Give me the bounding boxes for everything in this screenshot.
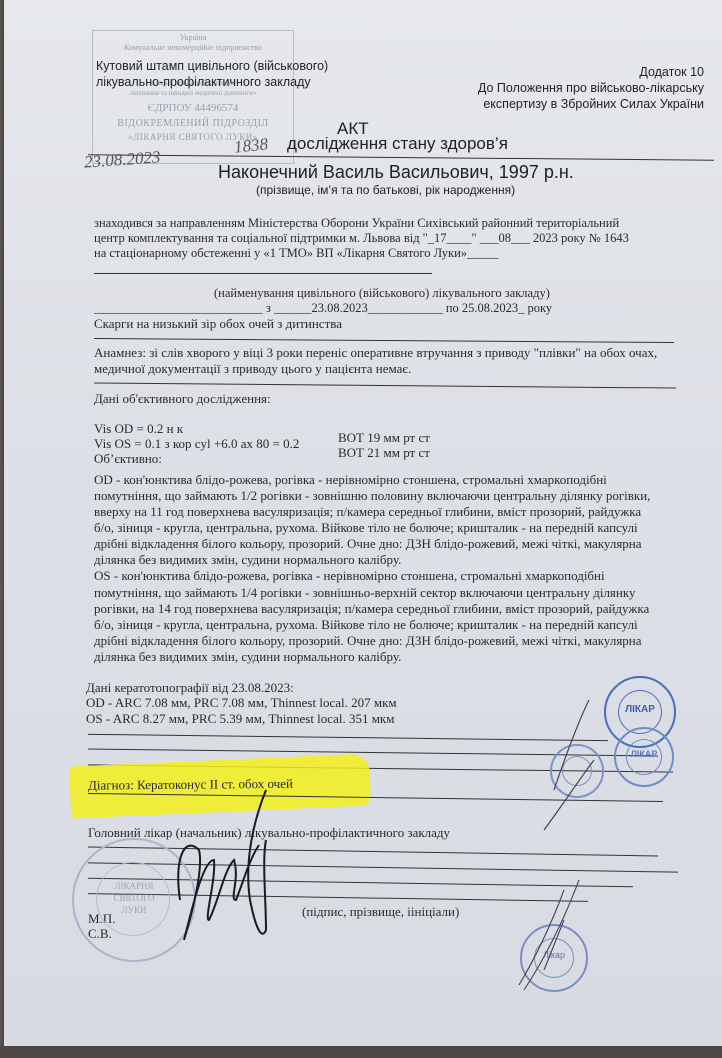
document-page: Україна Комунальне некомерційне підприєм… bbox=[4, 0, 722, 1048]
chief-signature bbox=[4, 0, 722, 1058]
table-surface bbox=[0, 1046, 722, 1058]
